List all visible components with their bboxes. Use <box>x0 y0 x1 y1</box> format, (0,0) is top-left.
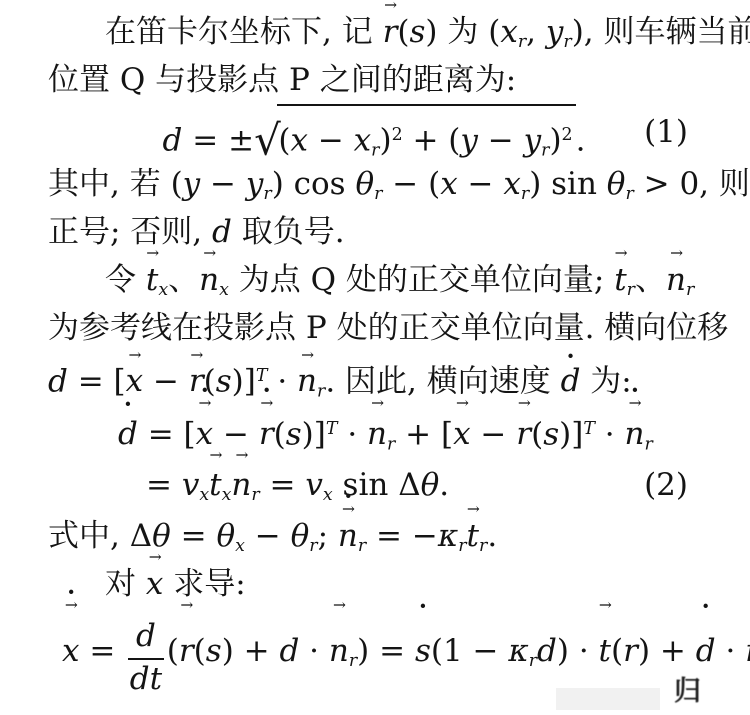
math-run: ) <box>549 122 561 158</box>
math-run: − <box>471 416 517 452</box>
math-run: x <box>440 166 457 202</box>
math-run: x <box>453 405 470 463</box>
math-run: + [ <box>395 416 453 452</box>
math-run: ) <box>379 122 391 158</box>
para3-line2: 为参考线在投影点 P 处的正交单位向量. 横向位移 <box>48 304 700 352</box>
math-run: = <box>146 467 182 503</box>
math-run: ) + <box>222 633 280 669</box>
math-run: . <box>487 518 497 554</box>
math-run: = <box>260 467 306 503</box>
math-run: · <box>716 633 746 669</box>
math-run: . <box>325 363 335 399</box>
math-run: )] <box>302 416 326 452</box>
math-run: ), <box>572 14 594 50</box>
math-run: ) + <box>638 633 696 669</box>
equation-3: x = ddt(r(s) + d · nr) = s(1 − κrd) · t(… <box>48 608 700 694</box>
text-run: 正号; 否则, <box>48 214 212 250</box>
math-run: x <box>235 536 245 556</box>
text-run: 为: <box>580 363 631 399</box>
math-run: x <box>158 280 168 300</box>
math-run: , <box>526 14 546 50</box>
para3-line1: 令 tx、nx 为点 Q 处的正交单位向量; tr、nr <box>48 256 700 304</box>
para2-line1: 其中, 若 (y − yr) cos θr − (x − xr) sin θr … <box>48 160 700 208</box>
math-run: n <box>199 256 219 304</box>
math-run: v <box>305 467 323 503</box>
math-run: P <box>289 62 310 98</box>
math-run: T <box>326 419 338 439</box>
radical-sign: √ <box>254 116 277 165</box>
math-run: r <box>179 608 194 694</box>
math-run: ( <box>397 14 409 50</box>
math-run: r <box>263 184 271 204</box>
math-run: r <box>309 536 317 556</box>
math-run: 2 <box>562 125 573 145</box>
math-run: x <box>500 14 517 50</box>
math-run: x <box>354 122 371 158</box>
text-run: 其中, 若 <box>48 166 171 202</box>
text-run: 、 <box>168 262 199 298</box>
math-run: s <box>206 633 222 669</box>
math-run: . <box>439 467 449 503</box>
math-run: . <box>576 122 586 158</box>
math-run: r <box>518 32 526 52</box>
math-run: y <box>524 122 542 158</box>
math-run: (1 − <box>431 633 509 669</box>
text-run: 取负号. <box>232 214 345 250</box>
math-run: ; <box>318 518 338 554</box>
math-run: ( <box>167 633 179 669</box>
math-run: − <box>308 122 354 158</box>
text-run: 对 <box>105 566 146 602</box>
equation-number: (1) <box>644 104 688 160</box>
math-run: = <box>79 633 125 669</box>
math-run: r <box>259 405 274 463</box>
math-run: x <box>323 485 333 505</box>
fraction-numerator: d <box>128 619 163 660</box>
math-run: t <box>146 256 158 304</box>
math-run: v <box>182 467 200 503</box>
math-run: n <box>666 256 686 304</box>
math-run: )] <box>559 416 583 452</box>
math-run: ) · <box>557 633 599 669</box>
math-run: r <box>383 8 398 56</box>
para3-line2-content: 为参考线在投影点 P 处的正交单位向量. 横向位移 <box>48 304 728 352</box>
equation-1: d = ±√(x − xr)2 + (y − yr)2.(1) <box>48 104 700 160</box>
math-run: n <box>367 405 387 463</box>
math-run: + ( <box>403 122 461 158</box>
text-run: 之间的距离为: <box>310 62 516 98</box>
math-run: − ( <box>382 166 440 202</box>
math-run: ( <box>274 416 286 452</box>
math-run: r <box>563 32 571 52</box>
math-run: P <box>306 310 327 346</box>
math-run: r <box>358 536 366 556</box>
math-run: d <box>48 363 68 399</box>
equation-2-line2: = vxtxnr = vx sin Δθ.(2) <box>48 458 700 512</box>
math-run: d <box>279 633 299 669</box>
math-run: r <box>521 184 529 204</box>
text-run: 为参考线在投影点 <box>48 310 306 346</box>
fraction: ddt <box>128 619 163 697</box>
math-run: ( <box>278 122 290 158</box>
math-run: κ <box>438 518 458 554</box>
text-run: 式中, <box>48 518 130 554</box>
math-run: t <box>209 458 221 512</box>
document-page: 在笛卡尔坐标下, 记 r(s) 为 (xr, yr), 则车辆当前位置 Q 与投… <box>0 0 750 715</box>
watermark-band <box>556 688 660 710</box>
math-run: T <box>583 419 595 439</box>
math-run: n <box>745 608 750 694</box>
text-run: 在笛卡尔坐标下, 记 <box>105 14 383 50</box>
para4-line1: 式中, Δθ = θx − θr; nr = −κrtr. <box>48 512 700 560</box>
text-run: 求导: <box>163 566 245 602</box>
text-run: 则车辆当前 <box>594 14 750 50</box>
math-run: · <box>595 416 625 452</box>
math-run: ( <box>488 14 500 50</box>
math-run: r <box>251 485 259 505</box>
para1-line2-content: 位置 Q 与投影点 P 之间的距离为: <box>48 56 516 104</box>
text-run: 处的正交单位向量. 横向位移 <box>327 310 729 346</box>
math-run: ) cos <box>272 166 356 202</box>
text-run: 为点 <box>229 262 311 298</box>
math-run: Q <box>120 62 145 98</box>
math-run: θ <box>291 518 310 554</box>
math-run: θ <box>421 467 440 503</box>
math-run: y <box>183 166 201 202</box>
math-run: ( <box>531 416 543 452</box>
para2-line2-content: 正号; 否则, d 取负号. <box>48 208 345 256</box>
math-run: x <box>219 280 229 300</box>
math-run: d <box>561 357 581 405</box>
math-run: − <box>143 363 189 399</box>
para1-line1: 在笛卡尔坐标下, 记 r(s) 为 (xr, yr), 则车辆当前 <box>48 8 700 56</box>
equation-2-line1: d = [x − r(s)]T · nr + [x − r(s)]T · nr <box>48 400 700 458</box>
math-run: n <box>624 405 644 463</box>
math-run: r <box>458 536 466 556</box>
math-run: − <box>200 166 246 202</box>
watermark-glyph: 归 <box>674 678 701 705</box>
math-run: sin <box>333 467 399 503</box>
math-run: − <box>458 166 504 202</box>
text-run: 处的正交单位向量; <box>336 262 614 298</box>
math-run: r <box>644 435 652 455</box>
math-run: x <box>222 485 232 505</box>
math-run: n <box>338 512 358 560</box>
document-text-column: 在笛卡尔坐标下, 记 r(s) 为 (xr, yr), 则车辆当前位置 Q 与投… <box>0 0 750 694</box>
math-run: x <box>503 166 520 202</box>
math-run: ) <box>425 14 437 50</box>
math-run: ) = <box>357 633 415 669</box>
math-run: = <box>171 518 217 554</box>
math-run: Q <box>311 262 336 298</box>
math-run: r <box>516 405 531 463</box>
math-run: ) sin <box>529 166 607 202</box>
para1-line2: 位置 Q 与投影点 P 之间的距离为: <box>48 56 700 104</box>
math-run: − <box>245 518 291 554</box>
math-run: x <box>291 122 308 158</box>
math-run: θ <box>607 166 626 202</box>
para5-line1-content: 对 x 求导: <box>105 560 246 608</box>
equation-number: (2) <box>644 458 688 512</box>
para3-line3: d = [x − r(s)]T · nr. 因此, 横向速度 d 为: <box>48 352 700 400</box>
math-run: t <box>467 512 479 560</box>
math-run: )] <box>232 363 256 399</box>
math-run: 2 <box>392 125 403 145</box>
math-run: n <box>231 458 251 512</box>
math-run: · <box>299 633 329 669</box>
text-run: 位置 <box>48 62 120 98</box>
math-run: r <box>623 633 638 669</box>
text-run: 令 <box>105 262 146 298</box>
math-run: r <box>686 280 694 300</box>
math-run: ( <box>171 166 183 202</box>
math-run: n <box>329 608 349 694</box>
math-run: s <box>410 14 426 50</box>
fraction-denominator: dt <box>128 660 163 698</box>
math-run: θ <box>216 518 235 554</box>
math-run: t <box>599 608 611 694</box>
math-run: · <box>337 416 367 452</box>
math-run: s <box>286 416 302 452</box>
math-run: s <box>216 363 232 399</box>
math-run: y <box>460 122 478 158</box>
math-run: r <box>349 651 357 671</box>
math-run: = [ <box>138 416 196 452</box>
math-run: s <box>543 416 559 452</box>
math-run: d <box>118 405 138 463</box>
math-run: > 0, <box>634 166 709 202</box>
math-run: x <box>146 560 163 608</box>
math-run: θ <box>355 166 374 202</box>
math-run: r <box>529 651 537 671</box>
math-run: κ <box>508 633 528 669</box>
math-run: d <box>537 633 557 669</box>
math-run: y <box>246 166 264 202</box>
math-run: x <box>199 485 209 505</box>
text-run: 与投影点 <box>145 62 289 98</box>
math-run: − <box>478 122 524 158</box>
math-run: t <box>614 256 626 304</box>
text-run: 为 <box>438 14 489 50</box>
math-run: ( <box>611 633 623 669</box>
math-run: r <box>627 280 635 300</box>
math-run: d <box>163 122 183 158</box>
math-run: Δ <box>398 467 420 503</box>
math-run: x <box>62 608 79 694</box>
math-run: = ± <box>182 122 254 158</box>
math-run: ( <box>194 633 206 669</box>
math-run: s <box>415 608 431 694</box>
text-run: 、 <box>635 262 666 298</box>
math-run: = [ <box>68 363 126 399</box>
text-run: 则 <box>709 166 750 202</box>
math-run: r <box>625 184 633 204</box>
math-run: = − <box>366 518 438 554</box>
math-run: y <box>546 14 564 50</box>
math-run: n <box>297 357 317 405</box>
